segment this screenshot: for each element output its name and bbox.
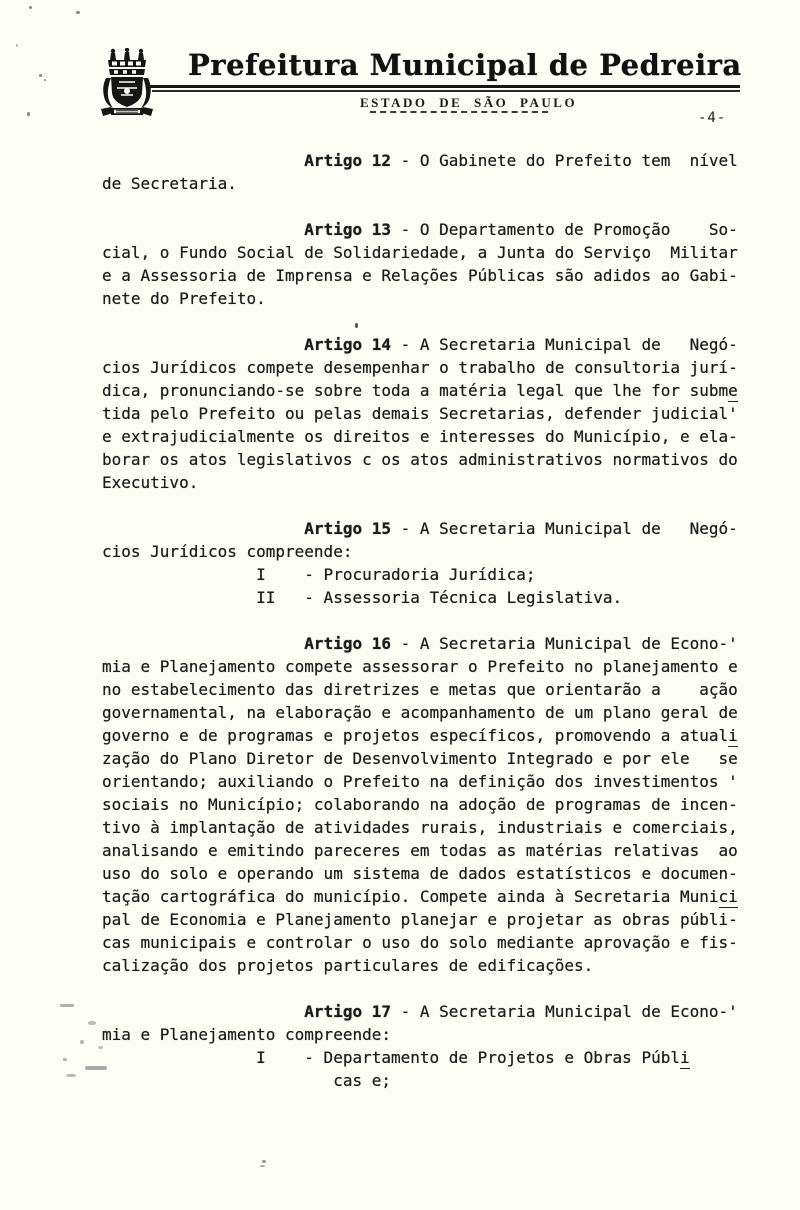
title-rule <box>150 85 740 88</box>
subtitle-underline <box>370 111 548 113</box>
text-line: cial, o Fundo Social de Solidariedade, a… <box>102 241 752 264</box>
scan-speckle <box>16 44 18 47</box>
paragraph: Artigo 15 - A Secretaria Municipal de Ne… <box>102 517 752 609</box>
scan-speckle <box>76 11 80 14</box>
paragraph: Artigo 16 - A Secretaria Municipal de Ec… <box>102 632 752 977</box>
text-line: e a Assessoria de Imprensa e Relações Pú… <box>102 264 752 287</box>
text-line: tida pelo Prefeito ou pelas demais Secre… <box>102 402 752 425</box>
text-line: cios Jurídicos compete desempenhar o tra… <box>102 356 752 379</box>
scan-smudge <box>85 1066 107 1070</box>
text-line: Artigo 17 - A Secretaria Municipal de Ec… <box>102 1000 752 1023</box>
scan-smudge <box>60 1004 74 1007</box>
scan-speckle <box>262 1160 266 1163</box>
text-line: tivo à implantação de atividades rurais,… <box>102 816 752 839</box>
coat-of-arms-icon <box>99 48 155 122</box>
text-line: orientando; auxiliando o Prefeito na def… <box>102 770 752 793</box>
scan-speckle <box>29 6 32 9</box>
text-line: analisando e emitindo pareceres em todas… <box>102 839 752 862</box>
document-body: Artigo 12 - O Gabinete do Prefeito tem n… <box>102 149 752 1092</box>
text-line: Artigo 13 - O Departamento de Promoção S… <box>102 218 752 241</box>
scan-smudge <box>80 1040 84 1044</box>
text-line: calização dos projetos particulares de e… <box>102 954 752 977</box>
text-line: mia e Planejamento compreende: <box>102 1023 752 1046</box>
text-line: I - Departamento de Projetos e Obras Púb… <box>102 1046 752 1069</box>
text-line: Artigo 14 - A Secretaria Municipal de Ne… <box>102 333 752 356</box>
text-line: Artigo 15 - A Secretaria Municipal de Ne… <box>102 517 752 540</box>
text-line: cios Jurídicos compreende: <box>102 540 752 563</box>
text-line: governo e de programas e projetos especí… <box>102 724 752 747</box>
text-line: cas municipais e controlar o uso do solo… <box>102 931 752 954</box>
scan-smudge <box>88 1021 96 1025</box>
scan-smudge <box>66 1074 76 1077</box>
page-number: -4- <box>698 110 726 126</box>
scan-speckle <box>355 323 358 328</box>
text-line: pal de Economia e Planejamento planejar … <box>102 908 752 931</box>
text-line: II - Assessoria Técnica Legislativa. <box>102 586 752 609</box>
scan-smudge <box>63 1058 67 1061</box>
text-line: dica, pronunciando-se sobre toda a matér… <box>102 379 752 402</box>
scan-smudge <box>98 1046 103 1049</box>
text-line: nete do Prefeito. <box>102 287 752 310</box>
scanned-document-page: Prefeitura Municipal de Pedreira ESTADO … <box>0 0 800 1210</box>
scan-speckle <box>39 74 42 77</box>
scan-speckle <box>27 112 30 116</box>
text-line: I - Procuradoria Jurídica; <box>102 563 752 586</box>
text-line: zação do Plano Diretor de Desenvolviment… <box>102 747 752 770</box>
scan-speckle <box>260 1165 265 1167</box>
text-line: cas e; <box>102 1069 752 1092</box>
text-line: Executivo. <box>102 471 752 494</box>
text-line: governamental, na elaboração e acompanha… <box>102 701 752 724</box>
text-line: mia e Planejamento compete assessorar o … <box>102 655 752 678</box>
text-line: de Secretaria. <box>102 172 752 195</box>
paragraph: Artigo 14 - A Secretaria Municipal de Ne… <box>102 333 752 494</box>
text-line: e extrajudicialmente os direitos e inter… <box>102 425 752 448</box>
text-line: uso do solo e operando um sistema de dad… <box>102 862 752 885</box>
text-line: no estabelecimento das diretrizes e meta… <box>102 678 752 701</box>
text-line: Artigo 16 - A Secretaria Municipal de Ec… <box>102 632 752 655</box>
page-title: Prefeitura Municipal de Pedreira <box>188 48 728 82</box>
text-line: Artigo 12 - O Gabinete do Prefeito tem n… <box>102 149 752 172</box>
paragraph: Artigo 17 - A Secretaria Municipal de Ec… <box>102 1000 752 1092</box>
scan-speckle <box>44 79 46 81</box>
text-line: borar os atos legislativos c os atos adm… <box>102 448 752 471</box>
text-line: tação cartográfica do município. Compete… <box>102 885 752 908</box>
header-subtitle: ESTADO DE SÃO PAULO <box>360 95 560 111</box>
paragraph: Artigo 12 - O Gabinete do Prefeito tem n… <box>102 149 752 195</box>
text-line: sociais no Município; colaborando na ado… <box>102 793 752 816</box>
title-rule-secondary <box>152 90 740 92</box>
paragraph: Artigo 13 - O Departamento de Promoção S… <box>102 218 752 310</box>
